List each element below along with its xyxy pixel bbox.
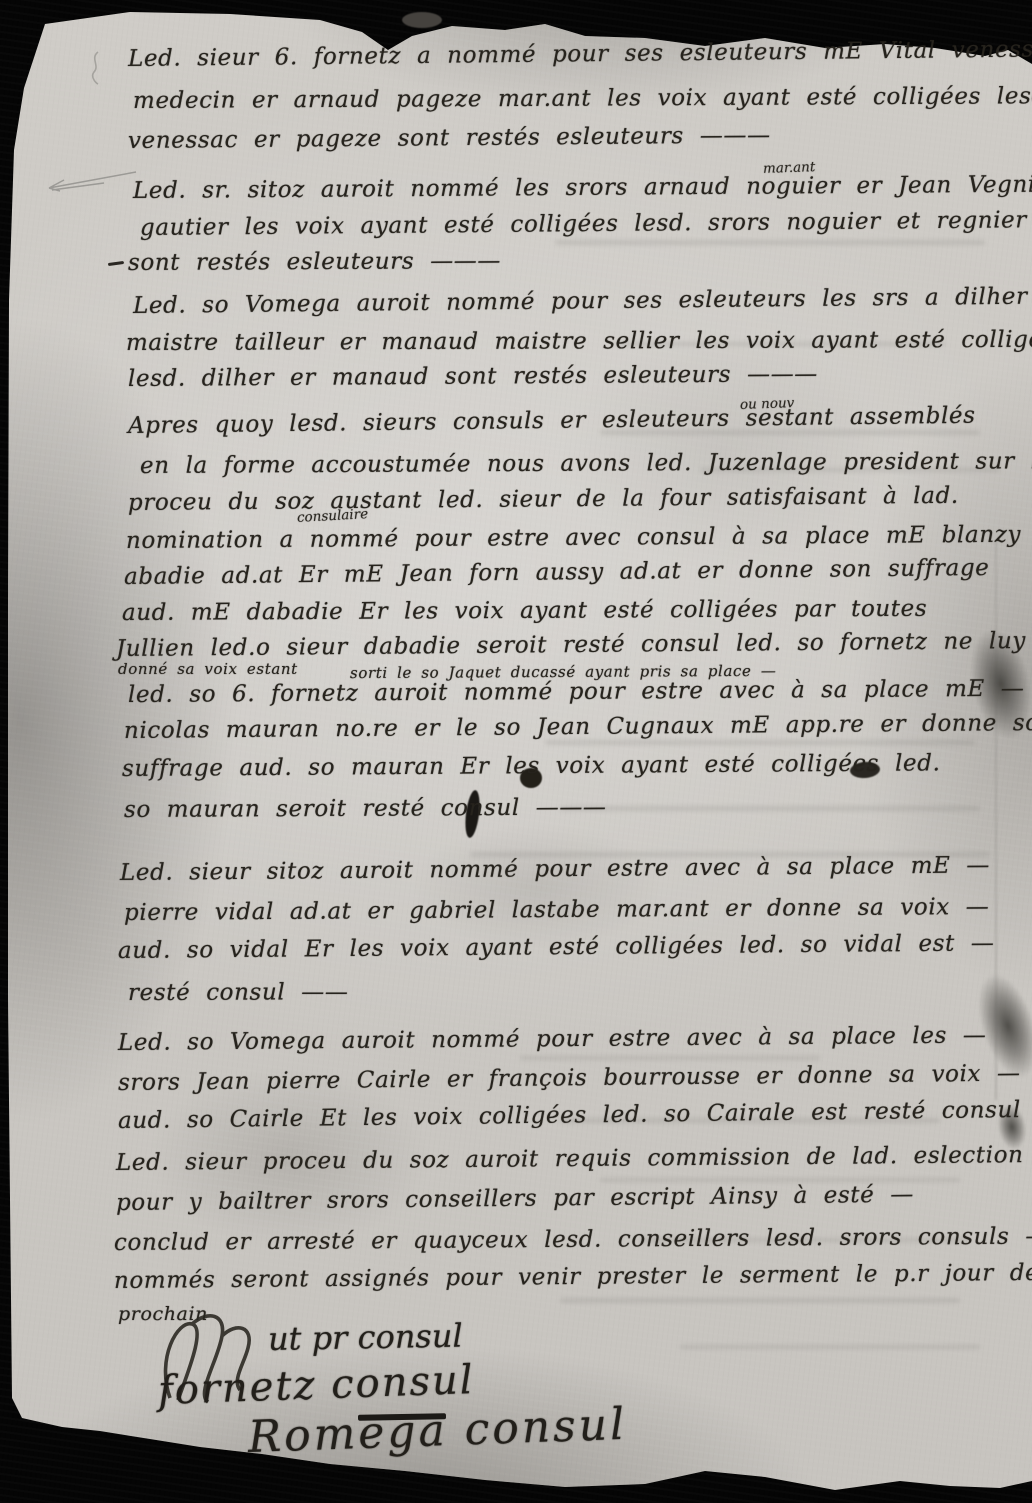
manuscript-line: aud. mE dabadie Er les voix ayant esté c… [122, 596, 927, 626]
bleedthrough-mark [555, 240, 985, 245]
bleedthrough-mark [520, 1056, 820, 1060]
interline-note: donné sa voix estant [118, 660, 298, 678]
bleedthrough-mark [560, 1298, 960, 1303]
ink-blot [402, 12, 442, 28]
manuscript-line: so mauran seroit resté consul ——— [124, 794, 607, 823]
bleedthrough-mark [680, 1345, 980, 1349]
interline-note: mar.ant [763, 159, 816, 177]
scanned-page: Led. sieur 6. fornetz a nommé pour ses e… [0, 0, 1032, 1503]
signature: ut pr consul [268, 1317, 463, 1358]
interline-note: ou nouv [740, 395, 795, 413]
pencil-arrow [44, 162, 144, 196]
bleedthrough-mark [560, 806, 980, 811]
manuscript-line: en la forme accoustumée nous avons led. … [140, 448, 1032, 479]
manuscript-line: medecin er arnaud pageze mar.ant les voi… [133, 83, 1032, 114]
manuscript-line: resté consul —— [128, 979, 348, 1006]
bleedthrough-mark [545, 740, 975, 745]
manuscript-line: sont restés esleuteurs ——— [128, 248, 501, 276]
manuscript-line: lesd. dilher er manaud sont restés esleu… [128, 361, 818, 392]
manuscript-line: maistre tailleur er manaud maistre selli… [126, 327, 1032, 356]
pencil-squiggle [86, 50, 106, 86]
